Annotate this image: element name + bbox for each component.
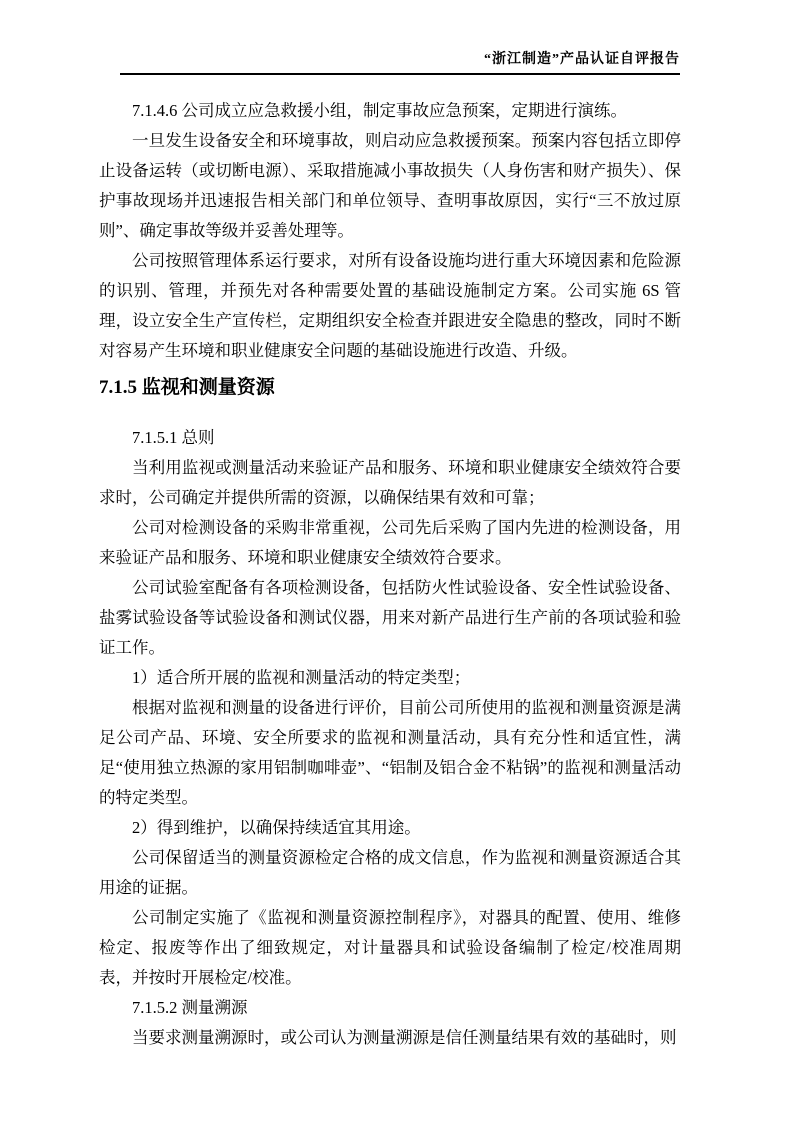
list-item-2: 2）得到维护，以确保持续适宜其用途。	[99, 813, 681, 843]
report-title: “浙江制造”产品认证自评报告	[484, 52, 680, 67]
paragraph-procedure: 公司制定实施了《监视和测量资源控制程序》，对器具的配置、使用、维修检定、报废等作…	[99, 903, 681, 993]
paragraph-resources: 当利用监视或测量活动来验证产品和服务、环境和职业健康安全绩效符合要求时，公司确定…	[99, 453, 681, 513]
document-page: “浙江制造”产品认证自评报告 7.1.4.6 公司成立应急救援小组，制定事故应急…	[0, 0, 800, 1131]
paragraph-lab: 公司试验室配备有各项检测设备，包括防火性试验设备、安全性试验设备、盐雾试验设备等…	[99, 573, 681, 663]
paragraph-traceability: 当要求测量溯源时，或公司认为测量溯源是信任测量结果有效的基础时，则	[99, 1023, 681, 1053]
list-item-1: 1）适合所开展的监视和测量活动的特定类型；	[99, 663, 681, 693]
subsection-7151: 7.1.5.1 总则	[99, 423, 681, 453]
paragraph-purchase: 公司对检测设备的采购非常重视，公司先后采购了国内先进的检测设备，用来验证产品和服…	[99, 513, 681, 573]
paragraph-7146: 7.1.4.6 公司成立应急救援小组，制定事故应急预案，定期进行演练。	[99, 96, 681, 126]
paragraph-evaluation: 根据对监视和测量的设备进行评价，目前公司所使用的监视和测量资源是满足公司产品、环…	[99, 693, 681, 813]
paragraph-evidence: 公司保留适当的测量资源检定合格的成文信息，作为监视和测量资源适合其用途的证据。	[99, 843, 681, 903]
page-header: “浙江制造”产品认证自评报告	[120, 48, 680, 75]
document-body: 7.1.4.6 公司成立应急救援小组，制定事故应急预案，定期进行演练。 一旦发生…	[99, 96, 681, 1053]
subsection-7152: 7.1.5.2 测量溯源	[99, 993, 681, 1023]
paragraph-6s: 公司按照管理体系运行要求，对所有设备设施均进行重大环境因素和危险源的识别、管理，…	[99, 246, 681, 366]
paragraph-emergency: 一旦发生设备安全和环境事故，则启动应急救援预案。预案内容包括立即停止设备运转（或…	[99, 126, 681, 246]
section-heading-715: 7.1.5 监视和测量资源	[99, 373, 681, 403]
